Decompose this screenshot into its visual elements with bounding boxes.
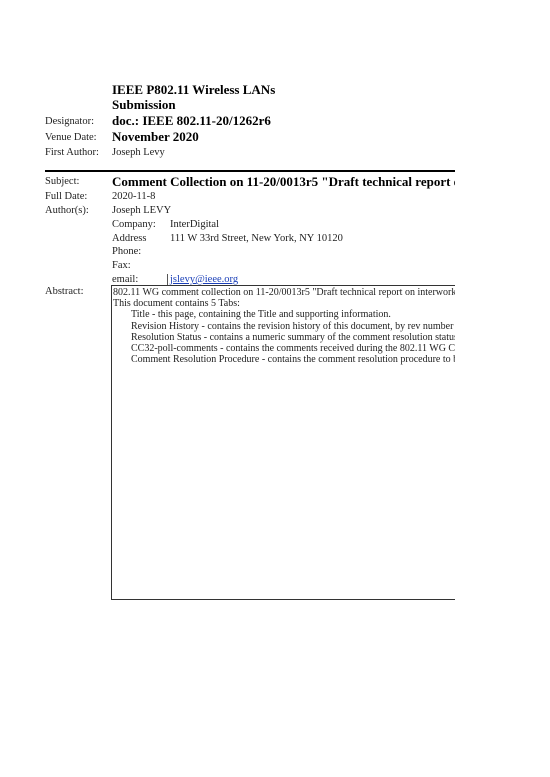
abstract-line: Comment Resolution Procedure - contains … [112,354,455,365]
abstract-line: Title - this page, containing the Title … [112,309,455,320]
designator-label: Designator: [45,116,94,127]
abstract-line: Revision History - contains the revision… [112,321,455,332]
authors-label: Author(s): [45,205,89,216]
subject-label: Subject: [45,176,79,187]
address-value: 111 W 33rd Street, New York, NY 10120 [170,233,343,244]
abstract-line: CC32-poll-comments - contains the commen… [112,343,455,354]
first-author-label: First Author: [45,147,99,158]
venue-date-value: November 2020 [112,129,199,145]
cell-border [167,274,168,285]
abstract-line: Resolution Status - contains a numeric s… [112,332,455,343]
section-divider [45,170,455,172]
subject-value: Comment Collection on 11-20/0013r5 "Draf… [112,174,455,190]
submission-title: Submission [112,97,176,113]
fax-label: Fax: [112,260,131,271]
address-label: Address [112,233,146,244]
designator-value: doc.: IEEE 802.11-20/1262r6 [112,113,271,129]
company-label: Company: [112,219,156,230]
venue-date-label: Venue Date: [45,132,97,143]
abstract-label: Abstract: [45,286,84,297]
company-value: InterDigital [170,219,219,230]
abstract-line: This document contains 5 Tabs: [112,298,455,309]
email-link[interactable]: jslevy@ieee.org [170,274,238,285]
org-title: IEEE P802.11 Wireless LANs [112,82,275,98]
full-date-value: 2020-11-8 [112,191,155,202]
email-value[interactable]: jslevy@ieee.org [170,274,238,285]
first-author-value: Joseph Levy [112,147,165,158]
authors-value: Joseph LEVY [112,205,171,216]
full-date-label: Full Date: [45,191,87,202]
phone-label: Phone: [112,246,141,257]
abstract-line: 802.11 WG comment collection on 11-20/00… [112,287,455,298]
abstract-box: 802.11 WG comment collection on 11-20/00… [111,285,455,600]
abstract-text: 802.11 WG comment collection on 11-20/00… [112,286,455,365]
email-label: email: [112,274,138,285]
